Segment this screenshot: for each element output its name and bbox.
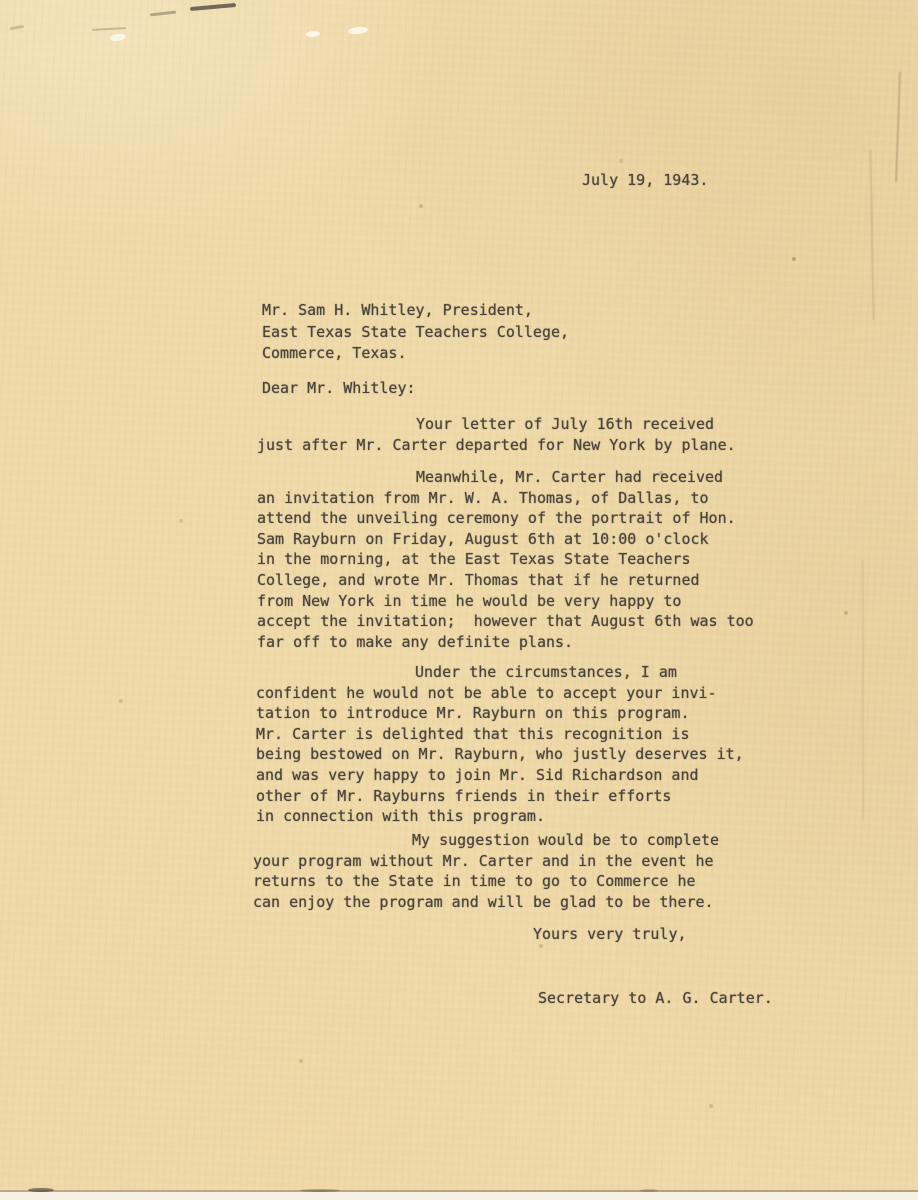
paragraph-line: tation to introduce Mr. Rayburn on this … xyxy=(256,703,744,724)
scanned-letter: July 19, 1943. Mr. Sam H. Whitley, Presi… xyxy=(0,0,918,1200)
paragraph-line: Meanwhile, Mr. Carter had received xyxy=(416,467,754,488)
paragraph-line: in connection with this program. xyxy=(256,806,744,827)
paragraph-line: far off to make any definite plans. xyxy=(257,632,754,653)
date-text: July 19, 1943. xyxy=(582,170,708,191)
paragraph-1: Your letter of July 16th received just a… xyxy=(257,414,736,455)
closing-text: Yours very truly, xyxy=(533,924,687,945)
letter-body: July 19, 1943. Mr. Sam H. Whitley, Presi… xyxy=(0,0,918,1190)
paragraph-3: Under the circumstances, I am confident … xyxy=(256,662,744,827)
recipient-address: Mr. Sam H. Whitley, President, East Texa… xyxy=(262,300,569,365)
paragraph-line: in the morning, at the East Texas State … xyxy=(257,549,754,570)
paragraph-line: accept the invitation; however that Augu… xyxy=(257,611,754,632)
paragraph-line: your program without Mr. Carter and in t… xyxy=(253,851,719,872)
signature: Secretary to A. G. Carter. xyxy=(538,988,773,1009)
paragraph-line: other of Mr. Rayburns friends in their e… xyxy=(256,786,744,807)
paragraph-line: College, and wrote Mr. Thomas that if he… xyxy=(257,570,754,591)
paper-sheet: July 19, 1943. Mr. Sam H. Whitley, Presi… xyxy=(0,0,918,1192)
paragraph-line: being bestowed on Mr. Rayburn, who justl… xyxy=(256,744,744,765)
paragraph-line: Your letter of July 16th received xyxy=(416,414,736,435)
closing: Yours very truly, xyxy=(533,924,687,945)
paragraph-line: attend the unveiling ceremony of the por… xyxy=(257,508,754,529)
paragraph-line: confident he would not be able to accept… xyxy=(256,683,744,704)
paragraph-line: an invitation from Mr. W. A. Thomas, of … xyxy=(257,488,754,509)
paragraph-line: Mr. Carter is delighted that this recogn… xyxy=(256,724,744,745)
salutation-text: Dear Mr. Whitley: xyxy=(262,378,416,399)
recipient-name-line: Mr. Sam H. Whitley, President, xyxy=(262,300,569,322)
paragraph-line: Sam Rayburn on Friday, August 6th at 10:… xyxy=(257,529,754,550)
paragraph-4: My suggestion would be to complete your … xyxy=(253,830,719,912)
paragraph-line: returns to the State in time to go to Co… xyxy=(253,871,719,892)
paragraph-2: Meanwhile, Mr. Carter had received an in… xyxy=(257,467,754,652)
paragraph-line: My suggestion would be to complete xyxy=(412,830,719,851)
paragraph-line: Under the circumstances, I am xyxy=(415,662,744,683)
date-line: July 19, 1943. xyxy=(582,170,708,191)
salutation: Dear Mr. Whitley: xyxy=(262,378,416,399)
recipient-institution-line: East Texas State Teachers College, xyxy=(262,322,569,344)
paragraph-line: and was very happy to join Mr. Sid Richa… xyxy=(256,765,744,786)
recipient-city-line: Commerce, Texas. xyxy=(262,343,569,365)
paragraph-line: from New York in time he would be very h… xyxy=(257,591,754,612)
paragraph-line: just after Mr. Carter departed for New Y… xyxy=(257,435,736,456)
paragraph-line: can enjoy the program and will be glad t… xyxy=(253,892,719,913)
signature-text: Secretary to A. G. Carter. xyxy=(538,988,773,1009)
